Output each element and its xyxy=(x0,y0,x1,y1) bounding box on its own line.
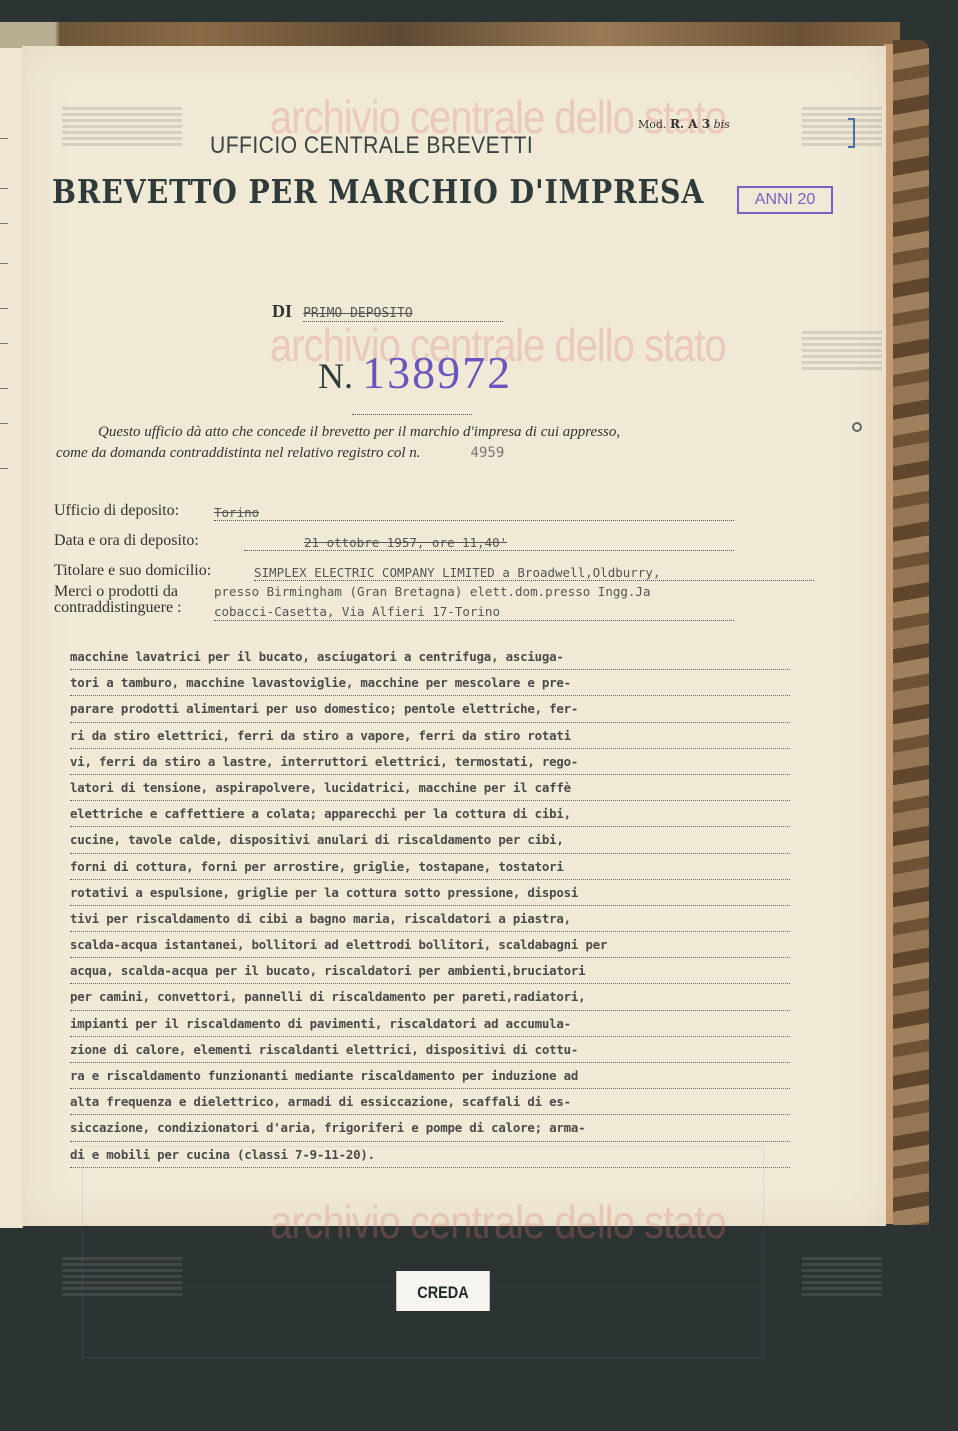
intro-line-1: Questo ufficio dà atto che concede il br… xyxy=(56,422,816,443)
form-code-suffix: bis xyxy=(714,118,730,131)
data-label: Data e ora di deposito: xyxy=(54,532,199,549)
merci-label-1: Merci o prodotti da xyxy=(54,584,182,600)
number-underline xyxy=(352,414,472,415)
watermark-logo xyxy=(802,106,882,146)
blank-line xyxy=(80,1260,760,1261)
goods-list: macchine lavatrici per il bucato, asciug… xyxy=(70,644,790,1168)
goods-line: siccazione, condizionatori d'aria, frigo… xyxy=(70,1115,790,1141)
ufficio-label: Ufficio di deposito: xyxy=(54,502,179,519)
field-titolare: Titolare e suo domicilio: SIMPLEX ELECTR… xyxy=(54,562,211,580)
field-merci: Merci o prodotti da contraddistinguere :… xyxy=(54,584,182,616)
goods-line: forni di cottura, forni per arrostire, g… xyxy=(70,854,790,880)
document-title: BREVETTO PER MARCHIO D'IMPRESA xyxy=(52,172,704,211)
form-code: Mod. R. A 3 bis xyxy=(638,117,730,131)
titolare-value-line2: presso Birmingham (Gran Bretagna) elett.… xyxy=(214,584,814,600)
goods-line: scalda-acqua istantanei, bollitori ad el… xyxy=(70,932,790,958)
titolare-label: Titolare e suo domicilio: xyxy=(54,562,211,579)
patent-number-row: N. 138972 xyxy=(318,346,512,399)
di-label: DI xyxy=(272,301,292,321)
goods-line: elettriche e caffettiere a colata; appar… xyxy=(70,801,790,827)
office-heading: UFFICIO CENTRALE BREVETTI xyxy=(210,132,533,160)
ufficio-value: Torino xyxy=(214,505,734,521)
book-spine xyxy=(893,40,929,1225)
merci-label-2: contraddistinguere : xyxy=(54,600,182,616)
goods-line: tori a tamburo, macchine lavastoviglie, … xyxy=(70,670,790,696)
goods-line: parare prodotti alimentari per uso domes… xyxy=(70,696,790,722)
patent-document: archivio centrale dello stato archivio c… xyxy=(22,46,886,1226)
form-code-value: R. A 3 xyxy=(670,117,710,131)
intro-line-2: come da domanda contraddistinta nel rela… xyxy=(56,445,421,461)
goods-line: ra e riscaldamento funzionanti mediante … xyxy=(70,1063,790,1089)
trademark-label: CREDA xyxy=(396,1271,490,1311)
goods-line: macchine lavatrici per il bucato, asciug… xyxy=(70,644,790,670)
titolare-value-line1: SIMPLEX ELECTRIC COMPANY LIMITED a Broad… xyxy=(254,565,814,581)
patent-number: 138972 xyxy=(362,347,512,398)
watermark-logo xyxy=(802,330,882,370)
deposit-type-row: DI PRIMO DEPOSITO xyxy=(272,301,503,322)
number-label: N. xyxy=(318,356,353,396)
form-code-prefix: Mod. xyxy=(638,118,666,131)
goods-line: rotativi a espulsione, griglie per la co… xyxy=(70,880,790,906)
titolare-value-line3: cobacci-Casetta, Via Alfieri 17-Torino xyxy=(214,604,734,621)
goods-line: cucine, tavole calde, dispositivi anular… xyxy=(70,827,790,853)
intro-text: Questo ufficio dà atto che concede il br… xyxy=(56,422,816,464)
goods-line: latori di tensione, aspirapolvere, lucid… xyxy=(70,775,790,801)
goods-line: ri da stiro elettrici, ferri da stiro a … xyxy=(70,723,790,749)
left-page-edge xyxy=(0,48,23,1228)
goods-line: tivi per riscaldamento di cibi a bagno m… xyxy=(70,906,790,932)
blue-bracket-mark xyxy=(848,118,855,148)
term-stamp: ANNI 20 xyxy=(737,186,833,214)
register-number: 4959 xyxy=(471,445,505,461)
bleed-through-table xyxy=(82,1146,764,1358)
goods-line: impianti per il riscaldamento di pavimen… xyxy=(70,1011,790,1037)
goods-line: alta frequenza e dielettrico, armadi di … xyxy=(70,1089,790,1115)
field-data-deposito: Data e ora di deposito: 21 ottobre 1957,… xyxy=(54,532,199,550)
goods-line: zione di calore, elementi riscaldanti el… xyxy=(70,1037,790,1063)
watermark-logo xyxy=(62,106,182,146)
goods-line: per camini, convettori, pannelli di risc… xyxy=(70,984,790,1010)
watermark-logo xyxy=(802,1256,882,1296)
data-value: 21 ottobre 1957, ore 11,40' xyxy=(244,535,734,551)
hole-mark xyxy=(852,422,862,432)
goods-line: acqua, scalda-acqua per il bucato, risca… xyxy=(70,958,790,984)
field-ufficio-deposito: Ufficio di deposito: Torino xyxy=(54,502,179,520)
deposit-type-value: PRIMO DEPOSITO xyxy=(303,306,503,322)
goods-line: vi, ferri da stiro a lastre, interruttor… xyxy=(70,749,790,775)
